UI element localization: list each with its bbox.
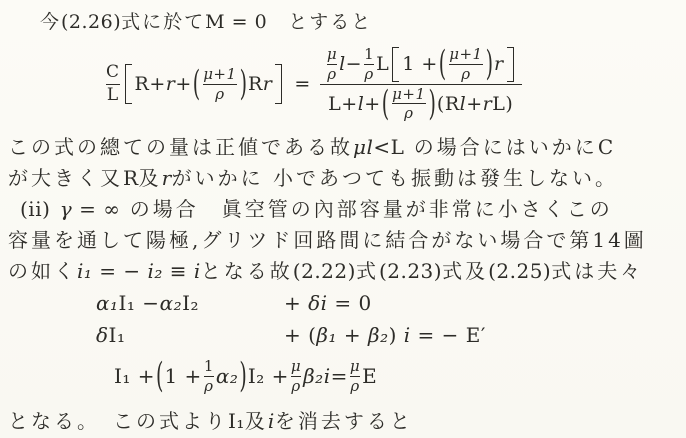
- left-square-bracket: [125, 64, 132, 103]
- equation-lhs: C L R+r+ ( μ+1 ρ ) Rr: [104, 63, 285, 104]
- display-equation-main: C L R+r+ ( μ+1 ρ ) Rr = μ ρ: [104, 39, 676, 129]
- math-roman: + (: [284, 323, 316, 347]
- math-roman: I₁: [109, 323, 126, 347]
- math-roman: L+: [328, 93, 358, 115]
- math-italic: l: [358, 93, 365, 115]
- math-roman: +: [337, 323, 368, 347]
- math-roman: L: [376, 53, 389, 75]
- jp-text: 容量を通して陽極,グリツド回路間に結合がない場合で第14圖: [8, 228, 647, 252]
- math-italic: β₁: [316, 323, 337, 347]
- fraction-denominator: ρ: [350, 378, 359, 395]
- math-roman: +: [284, 291, 308, 315]
- math-italic: β₂: [303, 364, 324, 388]
- jp-text: 式及: [442, 259, 488, 283]
- row1-left-terms: α₁I₁ − α₂I₂: [96, 291, 284, 315]
- math-italic: δi: [308, 291, 327, 315]
- jp-text: となる故: [201, 259, 293, 283]
- equation-ref: (2.22): [293, 259, 356, 283]
- math-roman: ): [389, 323, 404, 347]
- math-italic: l: [339, 53, 346, 75]
- math-roman: R+: [135, 73, 166, 95]
- item-label: (ii): [20, 197, 50, 221]
- math-italic: δ: [96, 323, 109, 347]
- math-roman: +: [466, 93, 482, 115]
- jp-text: 式に於て: [121, 11, 205, 33]
- math-roman: I₁ +: [114, 364, 155, 388]
- math-roman: = 0: [328, 291, 372, 315]
- math-roman: 1 +: [164, 364, 201, 388]
- jp-text: が大きく又: [8, 166, 123, 190]
- math-italic: γ: [60, 197, 72, 221]
- fraction-numerator: μ: [350, 358, 360, 375]
- system-row-3: I₁ + ( 1 + 1 ρ α₂ ) I₂ + μ ρ β₂ i = μ ρ: [114, 351, 676, 401]
- math-italic: α₂: [160, 291, 183, 315]
- jp-text: 今: [40, 11, 61, 33]
- jp-text: 式: [356, 259, 379, 283]
- fraction-denominator: ρ: [291, 378, 300, 395]
- jp-text: を消去すると: [275, 409, 413, 433]
- jp-text: この式の總ての量は正値である故: [8, 135, 353, 159]
- fraction-denominator: L: [107, 86, 119, 105]
- jp-text: 眞空管の內部容量が非常に小さくこの: [222, 197, 613, 221]
- fraction-denominator: ρ: [404, 105, 413, 122]
- math-italic: α₁: [96, 291, 119, 315]
- jp-text: の場合にはいかに: [404, 135, 597, 159]
- jp-text: がいかに 小であつても振動は發生しない。: [172, 166, 618, 190]
- math-roman: I₁ −: [119, 291, 160, 315]
- document-page: 今(2.26)式に於てM = 0 とすると C L R+r+ ( μ+1 ρ )…: [0, 0, 686, 438]
- fraction-1-over-rho: 1 ρ: [204, 358, 214, 395]
- jp-text: となる。 この式より: [8, 409, 228, 433]
- left-paren: (: [382, 84, 389, 124]
- math-italic: r: [494, 53, 504, 75]
- fraction-denominator: ρ: [327, 66, 336, 83]
- right-square-bracket: [275, 64, 282, 103]
- jp-text: 式は夫々: [551, 259, 643, 283]
- math-roman: R: [123, 166, 139, 190]
- row2-left-terms: δI₁: [96, 323, 284, 347]
- math-italic: l: [460, 93, 467, 115]
- system-row-2: δI₁ + (β₁ + β₂) i = − E′: [96, 319, 676, 351]
- paragraph-line-3: が大きく又R及rがいかに 小であつても振動は發生しない。: [8, 163, 676, 194]
- paragraph-line-5: 容量を通して陽極,グリツド回路間に結合がない場合で第14圖: [8, 225, 676, 256]
- math-italic: r: [166, 73, 176, 95]
- fraction-C-over-L: C L: [106, 63, 120, 104]
- math-roman: I₂: [182, 291, 199, 315]
- fraction-mu-over-rho: μ ρ: [327, 46, 337, 83]
- math-roman: L): [492, 93, 513, 115]
- right-square-bracket: [507, 47, 514, 82]
- equals-sign: =: [294, 73, 310, 95]
- left-paren: (: [193, 64, 200, 104]
- math-italic: i₁ = − i₂ ≡ i: [77, 259, 201, 283]
- math-italic: α₂: [216, 364, 239, 388]
- math-roman: +: [175, 73, 191, 95]
- math-italic: i: [324, 364, 331, 388]
- right-paren: ): [239, 356, 246, 396]
- row2-right-terms: + (β₁ + β₂) i = − E′: [284, 323, 486, 347]
- jp-text: 及: [245, 409, 268, 433]
- math-roman: M = 0: [205, 11, 267, 33]
- fraction-numerator: μ+1: [392, 86, 425, 103]
- left-square-bracket: [392, 47, 399, 82]
- math-roman: −: [346, 53, 362, 75]
- fraction-mu-plus-1-over-rho: μ+1 ρ: [392, 86, 425, 123]
- paragraph-line-6: の如くi₁ = − i₂ ≡ iとなる故(2.22)式(2.23)式及(2.25…: [8, 256, 676, 287]
- math-roman: <L: [373, 135, 404, 159]
- fraction-mu-over-rho: μ ρ: [350, 358, 360, 395]
- fraction-numerator: μ+1: [449, 46, 482, 63]
- fraction-numerator: μ+1: [203, 66, 236, 83]
- fraction-denominator: ρ: [204, 378, 213, 395]
- math-roman: (R: [437, 93, 460, 115]
- row1-right-terms: + δi = 0: [284, 291, 372, 315]
- math-roman: I₂ +: [248, 364, 289, 388]
- math-roman: R: [248, 73, 263, 95]
- equation-ref: (2.25): [488, 259, 551, 283]
- jp-text: の如く: [8, 259, 77, 283]
- fraction-mu-plus-1-over-rho: μ+1 ρ: [449, 46, 482, 83]
- fraction-mu-over-rho: μ ρ: [291, 358, 301, 395]
- left-paren: (: [439, 44, 446, 84]
- fraction-1-over-rho: 1 ρ: [364, 46, 374, 83]
- equation-ref: (2.26): [61, 11, 121, 33]
- equation-system: α₁I₁ − α₂I₂ + δi = 0 δI₁ + (β₁ + β₂) i =…: [96, 287, 676, 401]
- paragraph-line-2: この式の總ての量は正値である故μl<L の場合にはいかにC: [8, 132, 676, 163]
- math-roman: +: [364, 93, 380, 115]
- rhs-numerator: μ ρ l − 1 ρ L 1 + ( μ+1 ρ: [320, 45, 522, 84]
- paragraph-intro: 今(2.26)式に於てM = 0 とすると: [40, 9, 676, 36]
- jp-text: の場合: [120, 197, 221, 221]
- math-roman: = − E′: [411, 323, 486, 347]
- fraction-denominator: ρ: [461, 66, 470, 83]
- fraction-mu-plus-1-over-rho: μ+1 ρ: [203, 66, 236, 103]
- math-italic: r: [162, 166, 172, 190]
- fraction-numerator: C: [106, 63, 120, 82]
- math-italic: i: [404, 323, 411, 347]
- right-paren: ): [240, 64, 247, 104]
- fraction-numerator: 1: [364, 46, 374, 63]
- fraction-numerator: μ: [327, 46, 337, 63]
- math-roman: E: [362, 364, 377, 388]
- right-paren: ): [429, 84, 436, 124]
- math-italic: μl: [353, 135, 373, 159]
- right-paren: ): [486, 44, 493, 84]
- math-roman: = ∞: [72, 197, 120, 221]
- math-roman: =: [331, 364, 348, 388]
- paragraph-line-4: (ii) γ = ∞ の場合 眞空管の內部容量が非常に小さくこの: [8, 194, 676, 225]
- math-roman: 1 +: [402, 53, 438, 75]
- system-row-1: α₁I₁ − α₂I₂ + δi = 0: [96, 287, 676, 319]
- jp-text: 及: [139, 166, 162, 190]
- fraction-numerator: μ: [291, 358, 301, 375]
- fraction-numerator: 1: [204, 358, 214, 375]
- rhs-denominator: L+l+ ( μ+1 ρ ) (Rl + rL): [323, 85, 518, 124]
- fraction-denominator: ρ: [364, 66, 373, 83]
- math-italic: r: [263, 73, 273, 95]
- paragraph-line-7: となる。 この式よりI₁及iを消去すると: [8, 406, 676, 437]
- math-italic: r: [483, 93, 493, 115]
- math-roman: I₁: [228, 409, 245, 433]
- math-italic: β₂: [368, 323, 389, 347]
- fraction-denominator: ρ: [215, 86, 224, 103]
- jp-text: とすると: [267, 11, 372, 33]
- math-roman: C: [598, 135, 614, 159]
- math-italic: i: [268, 409, 275, 433]
- equation-rhs-fraction: μ ρ l − 1 ρ L 1 + ( μ+1 ρ: [320, 45, 522, 123]
- equation-ref: (2.23): [379, 259, 442, 283]
- left-paren: (: [156, 356, 163, 396]
